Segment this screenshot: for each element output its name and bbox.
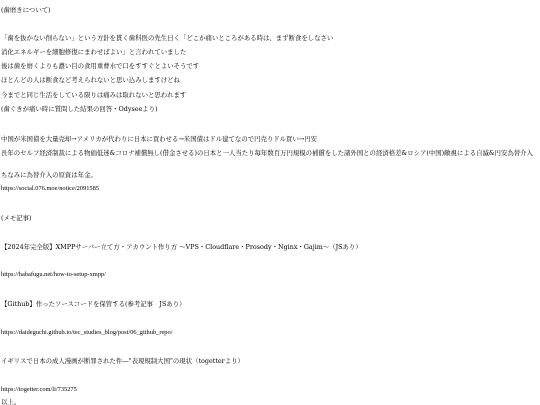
paragraph-fasting: ほとんどの人は断食など考えられないと思い込みしますけどね bbox=[1, 76, 180, 84]
link-xmpp-guide[interactable]: https://habafugu.net/how-to-setup-xmpp/ bbox=[1, 271, 106, 279]
link-togetter[interactable]: https://togetter.com/li/735275 bbox=[1, 386, 77, 394]
memo-title-togetter: イギリスで日本の成人漫画が断罪された件―"表現規制大国"の現状（togetter… bbox=[1, 357, 244, 365]
paragraph-treasury-sale: 中国が米国債を大量売却→アメリカが代わりに日本に買わせる→米国債はドル建てなので… bbox=[1, 135, 317, 143]
memo-title-xmpp: 【2024年完全版】XMPPサーバー立て方・アカウント作り方 ～VPS・Clou… bbox=[1, 243, 362, 251]
closing-text: 以上。 bbox=[1, 398, 20, 405]
paragraph-baking-soda: 後は歯を磨くよりも濃い目の食用重曹水で口をすすぐとよいそうです bbox=[1, 62, 199, 70]
paragraph-economic-gap: 長年のセルフ経済制裁による物価低迷&コロナ補償無し(借金させる)の日本と一人当た… bbox=[1, 149, 539, 157]
paragraph-dentist-quote: 「歯を抜かない削らない」という方針を貫く歯科医の先生曰く「どこか痛いところがある… bbox=[1, 34, 333, 42]
memo-title-github: 【Github】作ったソースコードを保管する(参考記事 JSあり） bbox=[1, 300, 186, 308]
link-github-guide[interactable]: https://daideguchi.github.io/tec_studies… bbox=[1, 329, 172, 337]
section-heading-teeth: (歯磨きについて) bbox=[1, 6, 51, 14]
paragraph-pension-note: ちなみに為替介入の原資は年金。 bbox=[1, 171, 97, 179]
paragraph-same-lifestyle: 今までと同じ生活をしている限りは痛みは取れないと思われます bbox=[1, 91, 186, 99]
paragraph-source-odysee: (歯ぐきが痛い時に質問した結果の回答・Odyseeより) bbox=[1, 105, 158, 113]
paragraph-digestive-energy: 消化エネルギーを細胞修復にまわせばよい」と言われていました bbox=[1, 48, 186, 56]
memo-heading: (メモ記事) bbox=[1, 214, 32, 222]
link-social-notice[interactable]: https://social.076.moe/notice/2091585 bbox=[1, 185, 99, 193]
